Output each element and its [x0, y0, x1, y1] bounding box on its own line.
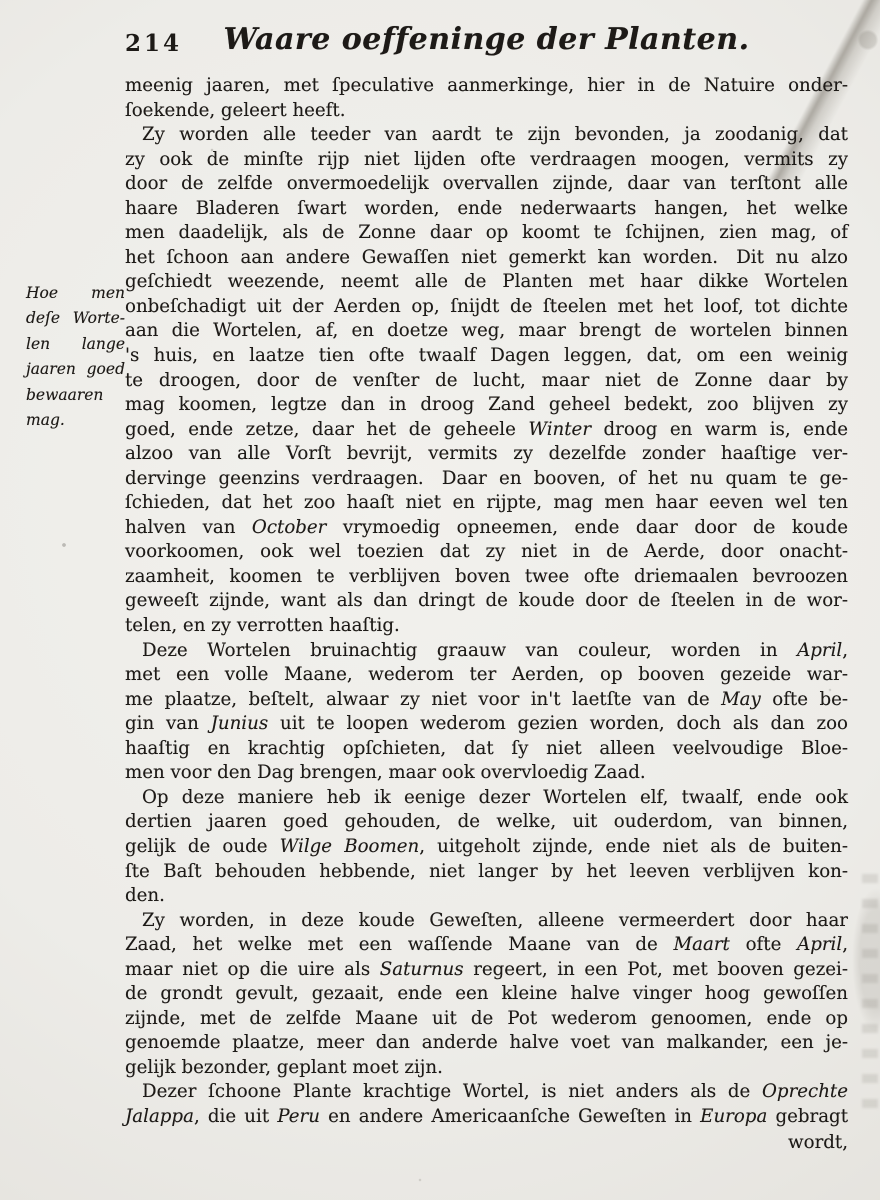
catchword: wordt,	[125, 1131, 848, 1156]
text-line: halven van October vrymoedig opneemen, e…	[125, 516, 848, 541]
text-line: Jalappa, die uit Peru en andere Americaa…	[125, 1105, 848, 1130]
paragraph: Zy worden, in deze koude Geweſten, allee…	[125, 909, 848, 1081]
book-page: 214 Waare oeffeninge der Planten. Hoe me…	[0, 0, 880, 1200]
text-line: ſchieden, dat het zoo haaſt niet en rijp…	[125, 491, 848, 516]
italic-term: October	[252, 517, 326, 538]
text-line: gelijk bezonder, geplant moet zijn.	[125, 1056, 848, 1081]
margin-note-line: len lange	[26, 332, 125, 357]
margin-note-line: deſe Worte-	[26, 306, 125, 331]
text-line: geweeſt zijnde, want als dan dringt de k…	[125, 589, 848, 614]
italic-term: April	[797, 640, 842, 661]
margin-note-line: bewaaren	[26, 383, 125, 408]
paragraph: Op deze maniere heb ik eenige dezer Wort…	[125, 786, 848, 909]
text-line: onbeſchadigt uit der Aerden op, ſnijdt d…	[125, 295, 848, 320]
text-line: mag koomen, legtze dan in droog Zand geh…	[125, 393, 848, 418]
body-text: meenig jaaren, met ſpeculative aanmerkin…	[125, 74, 848, 1130]
italic-term: May	[721, 689, 761, 710]
text-line: haaſtig en krachtig opſchieten, dat ſy n…	[125, 737, 848, 762]
text-line: zy ook de minſte rijp niet lijden ofte v…	[125, 148, 848, 173]
text-line: Dezer ſchoone Plante krachtige Wortel, i…	[125, 1080, 848, 1105]
italic-term: Wilge Boomen	[280, 836, 420, 857]
scan-artifact-bleedthrough	[862, 858, 878, 1108]
text-line: meenig jaaren, met ſpeculative aanmerkin…	[125, 74, 848, 99]
text-line: gelijk de oude Wilge Boomen, uitgeholt z…	[125, 835, 848, 860]
text-line: Op deze maniere heb ik eenige dezer Wort…	[125, 786, 848, 811]
paragraph: Dezer ſchoone Plante krachtige Wortel, i…	[125, 1080, 848, 1129]
text-line: door de zelfde onvermoedelijk overvallen…	[125, 172, 848, 197]
text-line: aan die Wortelen, af, en doetze weg, maa…	[125, 319, 848, 344]
text-line: gin van Junius uit te loopen wederom gez…	[125, 712, 848, 737]
paragraph: Zy worden alle teeder van aardt te zijn …	[125, 123, 848, 638]
text-line: voorkoomen, ook wel toezien dat zy niet …	[125, 540, 848, 565]
italic-term: Junius	[211, 713, 269, 734]
text-line: zaamheit, koomen te verblijven boven twe…	[125, 565, 848, 590]
text-line: Zy worden, in deze koude Geweſten, allee…	[125, 909, 848, 934]
text-line: Zaad, het welke met een waſſende Maane v…	[125, 933, 848, 958]
text-line: men voor den Dag brengen, maar ook overv…	[125, 761, 848, 786]
paragraph: Deze Wortelen bruinachtig graauw van cou…	[125, 639, 848, 786]
text-line: me plaatze, beſtelt, alwaar zy niet voor…	[125, 688, 848, 713]
paragraph: meenig jaaren, met ſpeculative aanmerkin…	[125, 74, 848, 123]
text-line: telen, en zy verrotten haaſtig.	[125, 614, 848, 639]
italic-term: Peru	[277, 1106, 320, 1127]
text-line: ſte Baſt behouden hebbende, niet langer …	[125, 860, 848, 885]
margin-note-line: mag.	[26, 408, 125, 433]
text-line: dertien jaaren goed gehouden, de welke, …	[125, 810, 848, 835]
italic-term: Jalappa	[125, 1106, 194, 1127]
italic-term: Maart	[674, 934, 730, 955]
margin-note-line: jaaren goed	[26, 357, 125, 382]
text-line: geſchiedt weezende, neemt alle de Plante…	[125, 270, 848, 295]
margin-note-line: Hoe men	[26, 281, 125, 306]
text-line: ſoekende, geleert heeft.	[125, 99, 848, 124]
text-line: zijnde, met de zelfde Maane uit de Pot w…	[125, 1007, 848, 1032]
text-line: alzoo van alle Vorſt bevrijt, vermits zy…	[125, 442, 848, 467]
text-line: 's huis, en laatze tien ofte twaalf Dage…	[125, 344, 848, 369]
text-line: maar niet op die uire als Saturnus regee…	[125, 958, 848, 983]
text-line: dervinge geenzins verdraagen. Daar en bo…	[125, 467, 848, 492]
italic-term: Europa	[700, 1106, 767, 1127]
italic-term: Winter	[528, 419, 591, 440]
italic-term: Oprechte	[762, 1081, 848, 1102]
text-line: men daadelijk, als de Zonne daar op koom…	[125, 221, 848, 246]
italic-term: Saturnus	[380, 959, 464, 980]
text-line: haare Bladeren ſwart worden, ende nederw…	[125, 197, 848, 222]
text-line: met een volle Maane, wederom ter Aerden,…	[125, 663, 848, 688]
text-line: Zy worden alle teeder van aardt te zijn …	[125, 123, 848, 148]
running-title: Waare oeffeninge der Planten.	[125, 22, 848, 57]
text-line: de grondt gevult, gezaait, ende een klei…	[125, 982, 848, 1007]
text-line: Deze Wortelen bruinachtig graauw van cou…	[125, 639, 848, 664]
italic-term: April	[797, 934, 842, 955]
text-line: genoemde plaatze, meer dan anderde halve…	[125, 1031, 848, 1056]
text-line: den.	[125, 884, 848, 909]
text-line: goed, ende zetze, daar het de geheele Wi…	[125, 418, 848, 443]
text-line: te droogen, door de venſter de lucht, ma…	[125, 369, 848, 394]
margin-note: Hoe mendeſe Worte-len langejaaren goedbe…	[26, 281, 125, 433]
text-line: het ſchoon aan andere Gewaſſen niet geme…	[125, 246, 848, 271]
